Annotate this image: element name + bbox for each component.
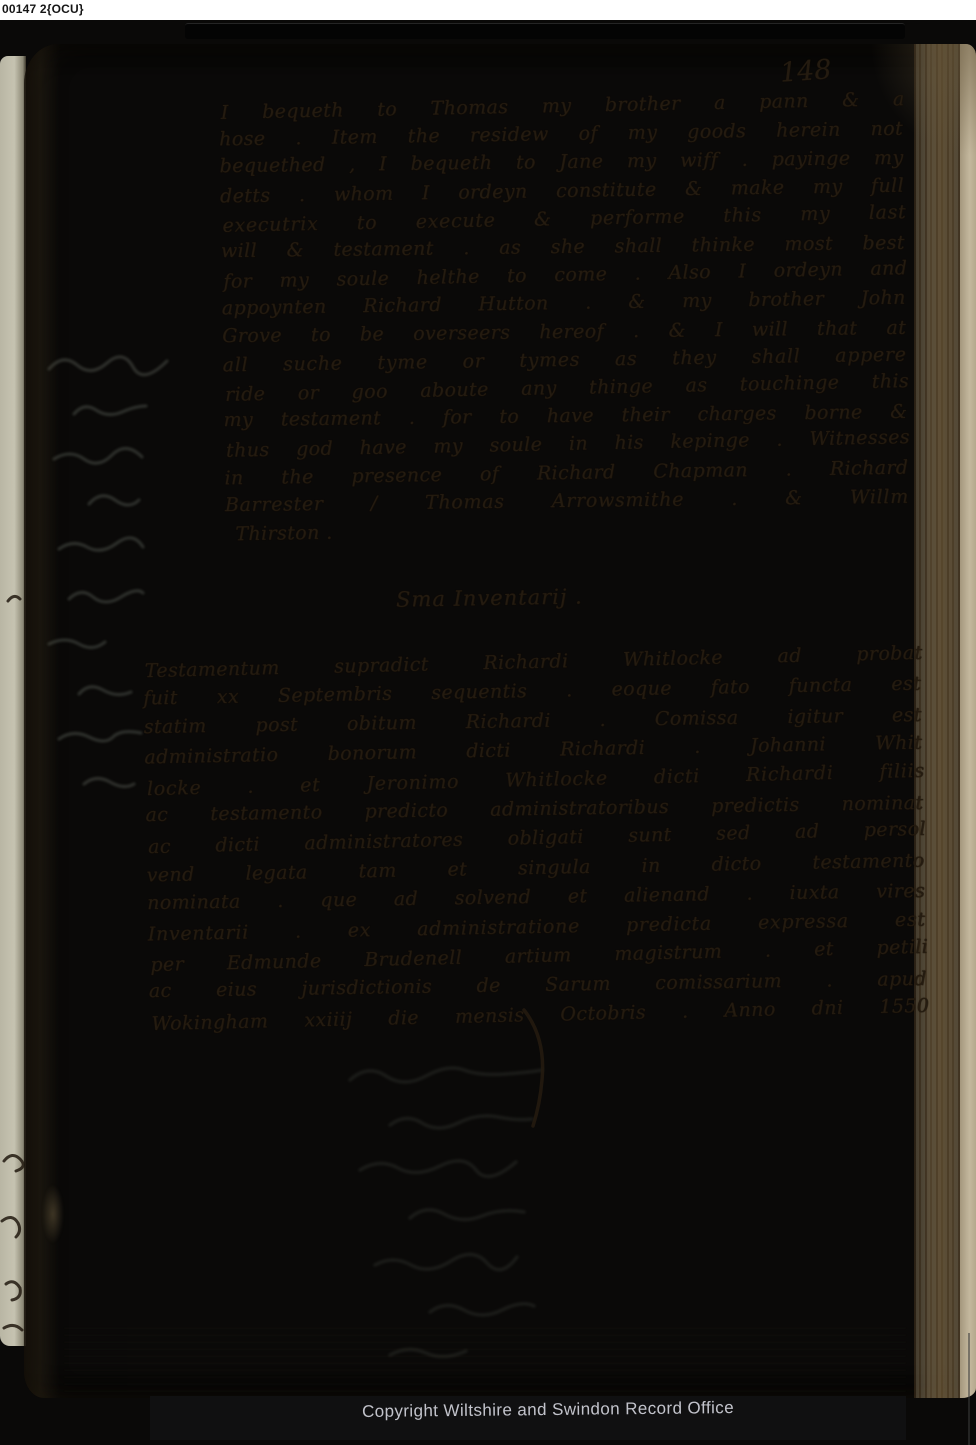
copy-stand-edge [185, 23, 905, 39]
pen-flourish-stroke [494, 1002, 574, 1132]
ink-smudge [42, 1184, 64, 1244]
fore-edge-paper [960, 44, 976, 1398]
copyright-bar: Copyright Wiltshire and Swindon Record O… [0, 1400, 976, 1420]
probate-text-block: Testamentum supradict Richardi Whitlocke… [142, 641, 927, 1038]
will-text-block: I bequeth to Thomas my brother a pann & … [218, 87, 909, 549]
folio-number: 148 [779, 54, 833, 89]
previous-page-edge [0, 56, 26, 1346]
previous-page-ink-marks [0, 56, 26, 1346]
film-label-strip: 00147 2{OCU} [0, 0, 976, 20]
copyright-text: Copyright Wiltshire and Swindon Record O… [362, 1398, 734, 1422]
frame-edge-line [968, 1333, 970, 1445]
manuscript-page: 148 I bequeth to Thomas my brother a pan… [24, 44, 976, 1398]
ghost-writing-show-through-bottom [320, 1050, 880, 1380]
film-label: 00147 2{OCU} [2, 2, 84, 16]
